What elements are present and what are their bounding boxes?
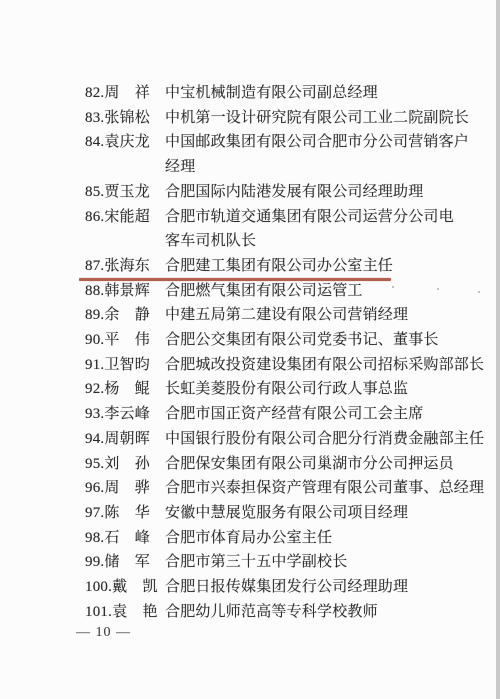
- entry-number: 86.: [85, 209, 104, 225]
- list-item: 86.宋能超 合肥市轨道交通集团有限公司运营分公司电 客车司机队长: [85, 205, 492, 254]
- entry-number: 85.: [85, 184, 104, 200]
- page-number: — 10 —: [76, 626, 131, 640]
- entry-number-name: 88.韩景辉: [85, 279, 165, 304]
- list-item: 82.周 祥 中宝机械制造有限公司副总经理: [85, 81, 492, 106]
- entry-number-name: 82.周 祥: [85, 81, 165, 106]
- entry-number-name: 89.余 静: [85, 303, 165, 328]
- entry-number: 99.: [85, 554, 104, 570]
- entry-title: 中宝机械制造有限公司副总经理: [165, 81, 492, 106]
- entry-title: 长虹美菱股份有限公司行政人事总监: [165, 377, 492, 402]
- entry-name: 张海东: [104, 258, 150, 274]
- entry-title: 合肥燃气集团有限公司运管工: [165, 279, 492, 304]
- list-item: 93.李云峰 合肥市国正资产经营有限公司工会主席: [85, 402, 492, 427]
- scan-artifact-dot: [478, 291, 480, 293]
- entry-number: 87.: [85, 258, 104, 274]
- entry-title: 合肥公交集团有限公司党委书记、董事长: [165, 328, 492, 353]
- entry-number-name: 93.李云峰: [85, 402, 165, 427]
- entry-number: 83.: [85, 110, 104, 126]
- entry-number-name: 92.杨 鲲: [85, 377, 165, 402]
- entry-name: 余 静: [104, 307, 150, 323]
- entry-title: 合肥市体育局办公室主任: [165, 526, 492, 551]
- entry-name: 周 祥: [104, 85, 150, 101]
- document-page: 82.周 祥 中宝机械制造有限公司副总经理 83.张锦松 中机第一设计研究院有限…: [0, 0, 500, 699]
- entry-name: 戴 凯: [112, 579, 158, 595]
- entry-name: 储 军: [104, 554, 150, 570]
- entry-name: 贾玉龙: [104, 184, 150, 200]
- entry-number-name: 87.张海东: [85, 254, 165, 279]
- entry-name: 刘 孙: [104, 456, 150, 472]
- list-item: 97.陈 华 安徽中慧展览服务有限公司项目经理: [85, 501, 492, 526]
- entry-number: 90.: [85, 332, 104, 348]
- entry-number: 82.: [85, 85, 104, 101]
- entry-title: 中国邮政集团有限公司合肥市分公司营销客户 经理: [165, 130, 492, 179]
- scan-artifact-dot: [437, 288, 439, 290]
- entry-name: 韩景辉: [104, 283, 150, 299]
- entry-number: 91.: [85, 357, 104, 373]
- entry-title: 合肥国际内陆港发展有限公司经理助理: [165, 180, 492, 205]
- entry-title: 合肥城改投资建设集团有限公司招标采购部部长: [165, 353, 492, 378]
- entry-number-name: 84.袁庆龙: [85, 130, 165, 179]
- entry-number-name: 90.平 伟: [85, 328, 165, 353]
- entry-number-name: 101.袁 艳: [85, 600, 165, 625]
- entry-name: 宋能超: [104, 209, 150, 225]
- list-item: 92.杨 鲲 长虹美菱股份有限公司行政人事总监: [85, 377, 492, 402]
- entry-number: 101.: [85, 604, 112, 620]
- entry-title: 合肥建工集团有限公司办公室主任: [165, 254, 492, 279]
- entry-number: 92.: [85, 381, 104, 397]
- entry-name: 袁庆龙: [104, 134, 150, 150]
- entry-name: 卫智昀: [104, 357, 150, 373]
- list-item: 89.余 静 中建五局第二建设有限公司营销经理: [85, 303, 492, 328]
- entry-number-name: 96.周 骅: [85, 476, 165, 501]
- entry-name: 周朝晖: [104, 431, 150, 447]
- entry-number-name: 85.贾玉龙: [85, 180, 165, 205]
- entry-title: 中机第一设计研究院有限公司工业二院副院长: [165, 106, 492, 131]
- entry-name: 石 峰: [104, 530, 150, 546]
- list-item: 83.张锦松 中机第一设计研究院有限公司工业二院副院长: [85, 106, 492, 131]
- entry-name: 袁 艳: [112, 604, 158, 620]
- entry-name: 周 骅: [104, 480, 150, 496]
- entry-title: 合肥市轨道交通集团有限公司运营分公司电 客车司机队长: [165, 205, 492, 254]
- entry-number: 84.: [85, 134, 104, 150]
- list-item: 84.袁庆龙 中国邮政集团有限公司合肥市分公司营销客户 经理: [85, 130, 492, 179]
- entry-name: 张锦松: [104, 110, 150, 126]
- list-item: 96.周 骅 合肥市兴泰担保资产管理有限公司董事、总经理: [85, 476, 492, 501]
- entry-title: 中建五局第二建设有限公司营销经理: [165, 303, 492, 328]
- entry-number-name: 97.陈 华: [85, 501, 165, 526]
- entry-number: 95.: [85, 456, 104, 472]
- list-item: 95.刘 孙 合肥保安集团有限公司巢湖市分公司押运员: [85, 452, 492, 477]
- list-item: 88.韩景辉 合肥燃气集团有限公司运管工: [85, 279, 492, 304]
- entry-number: 89.: [85, 307, 104, 323]
- entry-number: 93.: [85, 406, 104, 422]
- entry-name: 平 伟: [104, 332, 150, 348]
- entry-title: 合肥市兴泰担保资产管理有限公司董事、总经理: [165, 476, 492, 501]
- entry-number-name: 94.周朝晖: [85, 427, 165, 452]
- list-item: 99.储 军 合肥市第三十五中学副校长: [85, 550, 492, 575]
- entry-name: 陈 华: [104, 505, 150, 521]
- entry-number-name: 99.储 军: [85, 550, 165, 575]
- list-item: 91.卫智昀 合肥城改投资建设集团有限公司招标采购部部长: [85, 353, 492, 378]
- list-item: 85.贾玉龙 合肥国际内陆港发展有限公司经理助理: [85, 180, 492, 205]
- entry-name: 杨 鲲: [104, 381, 150, 397]
- entry-number: 97.: [85, 505, 104, 521]
- entry-number: 98.: [85, 530, 104, 546]
- entry-title: 合肥市第三十五中学副校长: [165, 550, 492, 575]
- entry-number-name: 95.刘 孙: [85, 452, 165, 477]
- scan-artifact-dot: [392, 286, 394, 288]
- award-list: 82.周 祥 中宝机械制造有限公司副总经理 83.张锦松 中机第一设计研究院有限…: [0, 81, 492, 624]
- list-item: 87.张海东 合肥建工集团有限公司办公室主任: [85, 254, 492, 279]
- entry-number-name: 83.张锦松: [85, 106, 165, 131]
- entry-title: 合肥日报传媒集团发行公司经理助理: [165, 575, 492, 600]
- entry-number: 88.: [85, 283, 104, 299]
- entry-number-name: 91.卫智昀: [85, 353, 165, 378]
- entry-title: 合肥幼儿师范高等专科学校教师: [165, 600, 492, 625]
- entry-number-name: 100.戴 凯: [85, 575, 165, 600]
- entry-name: 李云峰: [104, 406, 150, 422]
- entry-title: 合肥市国正资产经营有限公司工会主席: [165, 402, 492, 427]
- list-item: 98.石 峰 合肥市体育局办公室主任: [85, 526, 492, 551]
- scan-edge: [496, 0, 500, 699]
- entry-title: 合肥保安集团有限公司巢湖市分公司押运员: [165, 452, 492, 477]
- entry-number: 100.: [85, 579, 112, 595]
- entry-number: 94.: [85, 431, 104, 447]
- list-item: 90.平 伟 合肥公交集团有限公司党委书记、董事长: [85, 328, 492, 353]
- entry-number-name: 86.宋能超: [85, 205, 165, 254]
- entry-title: 中国银行股份有限公司合肥分行消费金融部主任: [165, 427, 492, 452]
- entry-number: 96.: [85, 480, 104, 496]
- entry-number-name: 98.石 峰: [85, 526, 165, 551]
- list-item: 94.周朝晖 中国银行股份有限公司合肥分行消费金融部主任: [85, 427, 492, 452]
- entry-title: 安徽中慧展览服务有限公司项目经理: [165, 501, 492, 526]
- list-item: 101.袁 艳 合肥幼儿师范高等专科学校教师: [85, 600, 492, 625]
- list-item: 100.戴 凯 合肥日报传媒集团发行公司经理助理: [85, 575, 492, 600]
